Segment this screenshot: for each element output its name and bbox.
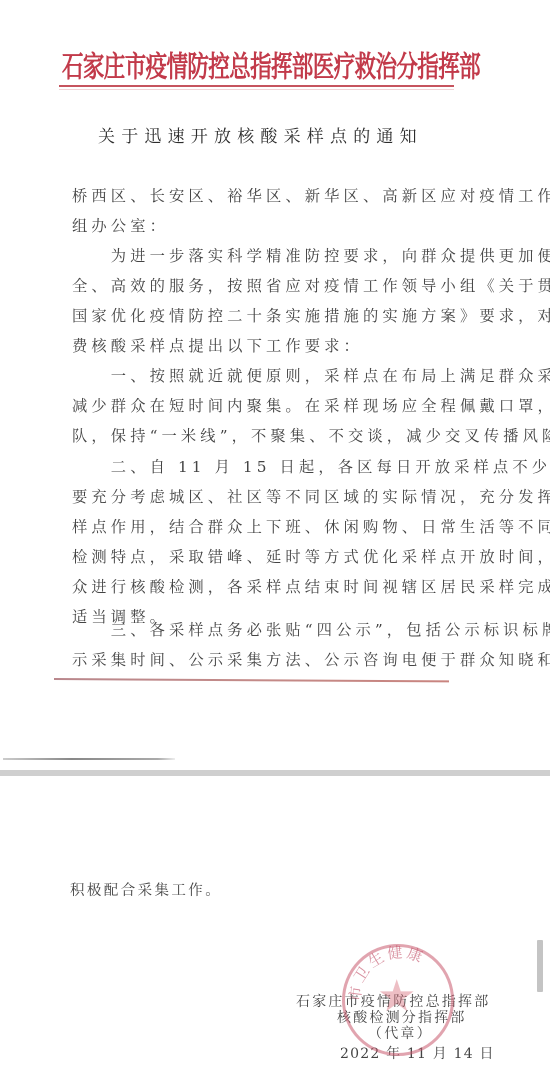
body-line: 示采集时间、公示采集方法、公示咨询电便于群众知晓和监督，	[72, 648, 550, 670]
body-line: 三、各采样点务必张贴“四公示”，包括公示标识标牌、公	[72, 618, 550, 640]
page-edge-rule	[3, 758, 175, 760]
body-line: 检测特点，采取错峰、延时等方式优化采样点开放时间，方便群	[72, 545, 550, 567]
body-line: 国家优化疫情防控二十条实施措施的实施方案》要求，对开放免	[72, 304, 550, 326]
body-line: 减少群众在短时间内聚集。在采样现场应全程佩戴口罩，有序排	[72, 394, 550, 416]
body-line: 组办公室：	[72, 214, 169, 236]
body-line: 要充分考虑城区、社区等不同区域的实际情况，充分发挥药店采	[72, 485, 550, 507]
footer-red-rule	[54, 678, 449, 682]
svg-text:市卫生健康: 市卫生健康	[346, 944, 428, 1002]
header-red-rule	[59, 85, 454, 87]
seal-text-arc: 市卫生健康	[342, 944, 454, 1056]
body-line: 全、高效的服务，按照省应对疫情工作领导小组《关于贯彻落实	[72, 274, 550, 296]
document-title: 关于迅速开放核酸采样点的通知	[98, 122, 428, 147]
document-page: 石家庄市疫情防控总指挥部医疗救治分指挥部 关于迅速开放核酸采样点的通知 桥西区、…	[0, 0, 550, 1078]
body-line: 众进行核酸检测，各采样点结束时间视辖区居民采样完成情况可	[72, 575, 550, 597]
body-line: 一、按照就近就便原则，采样点在布局上满足群众采样需求，	[72, 364, 550, 386]
body-line: 桥西区、长安区、裕华区、新华区、高新区应对疫情工作领导小	[72, 184, 550, 206]
body-line: 二、自 11 月 15 日起，各区每日开放采样点不少于三十个，	[72, 455, 550, 477]
body-line: 为进一步落实科学精准防控要求，向群众提供更加便捷、安	[72, 244, 550, 266]
body-line: 队，保持“一米线”，不聚集、不交谈，减少交叉传播风险。	[72, 424, 550, 446]
body-line: 样点作用，结合群众上下班、休闲购物、日常生活等不同时段的	[72, 515, 550, 537]
closing-text: 积极配合采集工作。	[70, 879, 222, 900]
body-line: 费核酸采样点提出以下工作要求：	[72, 334, 363, 356]
issuer-header: 石家庄市疫情防控总指挥部医疗救治分指挥部	[62, 44, 457, 86]
header-red-rule-shadow	[59, 89, 454, 90]
scrollbar-thumb[interactable]	[537, 940, 543, 992]
page-break-divider	[0, 770, 550, 776]
